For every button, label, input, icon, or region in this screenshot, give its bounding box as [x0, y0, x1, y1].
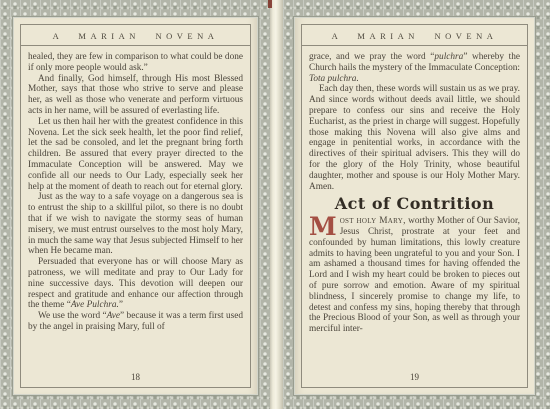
right-page-number: 19 — [302, 369, 527, 387]
right-body-top: grace, and we pray the word “pulchra” wh… — [309, 52, 520, 192]
paragraph: grace, and we pray the word “pulchra” wh… — [309, 52, 520, 84]
right-running-head: A MARIAN NOVENA — [302, 25, 527, 46]
text-segment: Ave Pulchra. — [71, 300, 119, 310]
drop-cap: M — [309, 216, 340, 236]
left-running-head: A MARIAN NOVENA — [21, 25, 250, 46]
text-segment: Just as the way to a safe voyage on a da… — [28, 192, 243, 256]
paragraph: healed, they are few in comparison to wh… — [28, 52, 243, 74]
act-of-contrition-heading: Act of Contrition — [309, 199, 520, 210]
left-page-ruled-frame: A MARIAN NOVENA healed, they are few in … — [20, 24, 251, 388]
text-segment: pulchra — [434, 52, 463, 62]
text-segment: grace, and we pray the word “ — [309, 52, 434, 62]
text-segment: Each day then, these words will sustain … — [309, 84, 520, 191]
text-segment: Tota pulchra. — [309, 74, 359, 84]
paragraph: Just as the way to a safe voyage on a da… — [28, 192, 243, 257]
right-page-ornamental-border: A MARIAN NOVENA grace, and we pray the w… — [283, 0, 550, 409]
paragraph: We use the word “Ave” because it was a t… — [28, 311, 243, 333]
left-page-number: 18 — [21, 369, 250, 387]
text-segment: healed, they are few in comparison to wh… — [28, 52, 243, 73]
text-segment: ost holy Mary, — [340, 216, 406, 226]
text-segment: Let us then hail her with the greatest c… — [28, 117, 243, 192]
right-body-text: grace, and we pray the word “pulchra” wh… — [302, 46, 527, 369]
book-gutter — [270, 0, 283, 409]
right-page-ruled-frame: A MARIAN NOVENA grace, and we pray the w… — [301, 24, 528, 388]
paragraph: Each day then, these words will sustain … — [309, 84, 520, 192]
paragraph: Let us then hail her with the greatest c… — [28, 117, 243, 193]
right-body-prayer: Most holy Mary, worthy Mother of Our Sav… — [309, 216, 520, 335]
right-page: A MARIAN NOVENA grace, and we pray the w… — [295, 18, 534, 394]
text-segment: Ave — [107, 311, 120, 321]
text-segment: Persuaded that everyone has or will choo… — [28, 257, 243, 310]
left-page-ornamental-border: A MARIAN NOVENA healed, they are few in … — [0, 0, 270, 409]
left-page: A MARIAN NOVENA healed, they are few in … — [14, 18, 257, 394]
paragraph: Persuaded that everyone has or will choo… — [28, 257, 243, 311]
text-segment: And finally, God himself, through His mo… — [28, 74, 243, 116]
text-segment: ” — [119, 300, 123, 310]
text-segment: We use the word “ — [38, 311, 107, 321]
text-segment: worthy Mother of Our Savior, Jesus Chris… — [309, 216, 520, 334]
spine-mark — [268, 0, 272, 8]
paragraph: And finally, God himself, through His mo… — [28, 74, 243, 117]
book-spread: A MARIAN NOVENA healed, they are few in … — [0, 0, 550, 409]
paragraph: Most holy Mary, worthy Mother of Our Sav… — [309, 216, 520, 335]
left-body-text: healed, they are few in comparison to wh… — [21, 46, 250, 369]
